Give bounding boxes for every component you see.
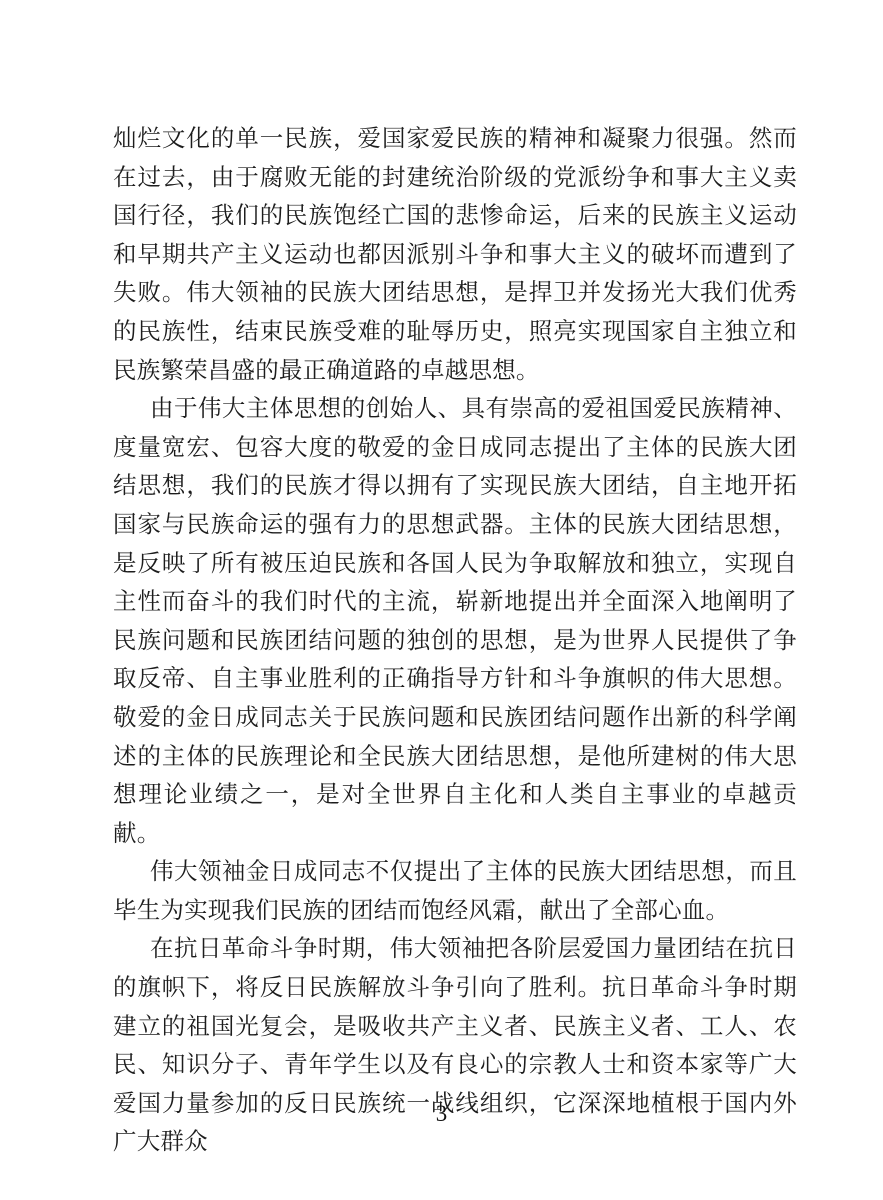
body-paragraph-2: 由于伟大主体思想的创始人、具有崇高的爱祖国爱民族精神、度量宽宏、包容大度的敬爱的… <box>113 390 797 853</box>
document-page: 灿烂文化的单一民族，爱国家爱民族的精神和凝聚力很强。然而在过去，由于腐败无能的封… <box>0 0 883 1200</box>
body-paragraph-3: 伟大领袖金日成同志不仅提出了主体的民族大团结思想，而且毕生为实现我们民族的团结而… <box>113 853 797 930</box>
body-paragraph-1: 灿烂文化的单一民族，爱国家爱民族的精神和凝聚力很强。然而在过去，由于腐败无能的封… <box>113 120 797 390</box>
body-text-block: 灿烂文化的单一民族，爱国家爱民族的精神和凝聚力很强。然而在过去，由于腐败无能的封… <box>113 120 797 1162</box>
page-number: 3 <box>0 1100 883 1128</box>
